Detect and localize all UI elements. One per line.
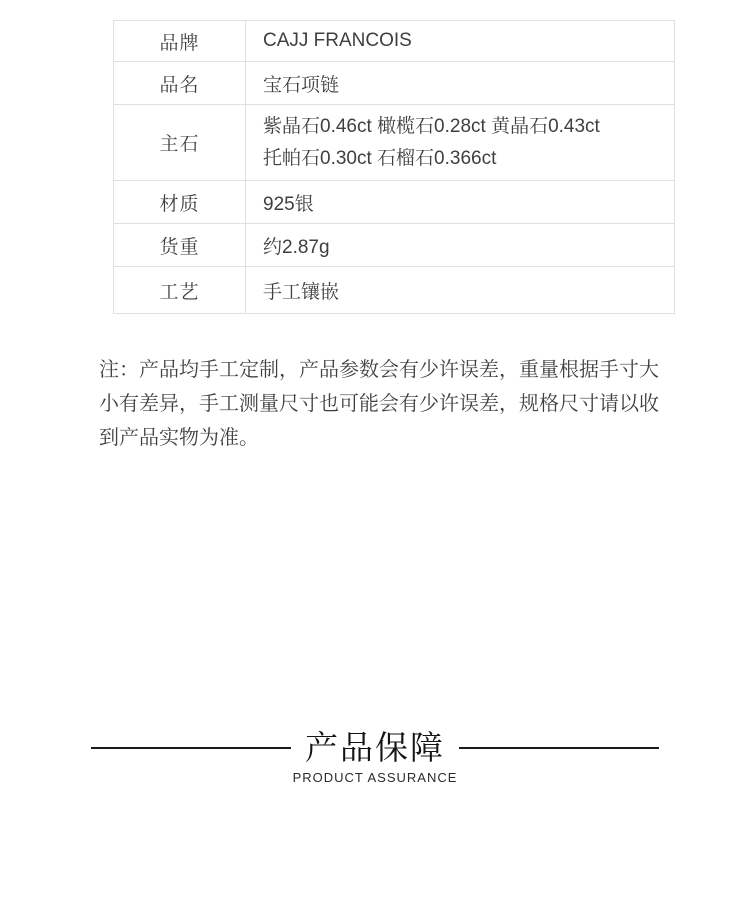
right-divider-line [459, 747, 659, 749]
disclaimer-line-1: 注：产品均手工定制，产品参数会有少许误差，重量根据手寸大 [99, 353, 684, 387]
spec-value-weight: 约2.87g [246, 224, 674, 266]
spec-value-main-stone: 紫晶石0.46ct 橄榄石0.28ct 黄晶石0.43ct 托帕石0.30ct … [246, 105, 674, 180]
disclaimer-line-3: 到产品实物为准。 [99, 421, 684, 455]
spec-label-main-stone: 主石 [114, 105, 246, 180]
spec-value-craft: 手工镶嵌 [246, 267, 674, 313]
section-title-row: 产品保障 [0, 728, 750, 768]
spec-value-brand: CAJJ FRANCOIS [246, 21, 674, 61]
spec-value-material: 925银 [246, 181, 674, 223]
disclaimer-line-2: 小有差异，手工测量尺寸也可能会有少许误差，规格尺寸请以收 [99, 387, 684, 421]
spec-label-brand: 品牌 [114, 21, 246, 61]
spec-row-main-stone: 主石 紫晶石0.46ct 橄榄石0.28ct 黄晶石0.43ct 托帕石0.30… [114, 105, 674, 181]
main-stone-line-1: 紫晶石0.46ct 橄榄石0.28ct 黄晶石0.43ct [263, 111, 674, 143]
section-title: 产品保障 [305, 728, 445, 768]
spec-row-weight: 货重 约2.87g [114, 224, 674, 267]
section-subtitle: PRODUCT ASSURANCE [0, 770, 750, 786]
spec-label-material: 材质 [114, 181, 246, 223]
spec-value-product-name: 宝石项链 [246, 62, 674, 104]
spec-row-brand: 品牌 CAJJ FRANCOIS [114, 21, 674, 62]
product-detail-page: 品牌 CAJJ FRANCOIS 品名 宝石项链 主石 紫晶石0.46ct 橄榄… [0, 0, 750, 900]
left-divider-line [91, 747, 291, 749]
product-assurance-section: 产品保障 PRODUCT ASSURANCE [0, 728, 750, 786]
spec-label-weight: 货重 [114, 224, 246, 266]
spec-row-material: 材质 925银 [114, 181, 674, 224]
spec-row-craft: 工艺 手工镶嵌 [114, 267, 674, 313]
spec-label-craft: 工艺 [114, 267, 246, 313]
spec-label-product-name: 品名 [114, 62, 246, 104]
disclaimer-note: 注：产品均手工定制，产品参数会有少许误差，重量根据手寸大 小有差异，手工测量尺寸… [99, 353, 684, 455]
main-stone-line-2: 托帕石0.30ct 石榴石0.366ct [263, 143, 674, 175]
spec-row-product-name: 品名 宝石项链 [114, 62, 674, 105]
product-spec-table: 品牌 CAJJ FRANCOIS 品名 宝石项链 主石 紫晶石0.46ct 橄榄… [113, 20, 675, 314]
